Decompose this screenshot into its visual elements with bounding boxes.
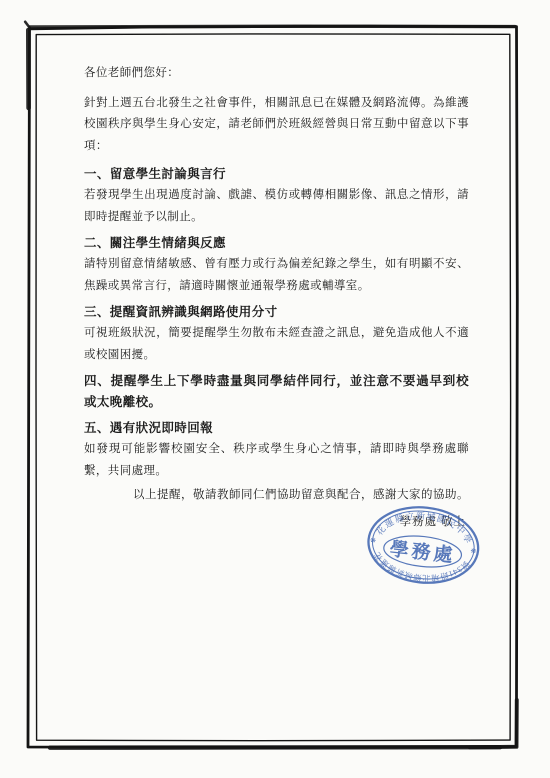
section-2-heading: 二、關注學生情緒與反應: [84, 233, 469, 254]
section-1-body: 若發現學生出現過度討論、戲謔、模仿或轉傳相關影像、訊息之情形，請即時提醒並予以制…: [84, 185, 469, 228]
section-4-heading: 四、提醒學生上下學時盡量與同學結伴同行，並注意不要過早到校或太晚離校。: [84, 371, 469, 413]
seal-school-name: 花蓮縣立新城國民中學: [373, 505, 477, 547]
section-1-heading: 一、留意學生討論與言行: [84, 164, 469, 185]
seal-flower-left-icon: ❋: [370, 536, 377, 545]
office-seal-stamp: 花蓮縣立新城國民中學 花蓮縣新城鄉北埔路143號 學務處 ❋ ❋: [352, 490, 494, 605]
svg-text:花蓮縣立新城國民中學: 花蓮縣立新城國民中學: [373, 505, 477, 547]
intro-paragraph: 針對上週五台北發生之社會事件，相關訊息已在媒體及網路流傳。為維護校園秩序與學生身…: [84, 93, 469, 158]
section-3-body: 可視班級狀況，簡要提醒學生勿散布未經查證之訊息，避免造成他人不適或校園困擾。: [84, 323, 469, 366]
seal-flower-right-icon: ❋: [470, 547, 477, 556]
section-2-body: 請特別留意情緒敏感、曾有壓力或行為偏差紀錄之學生，如有明顯不安、焦躁或異常言行，…: [84, 254, 469, 297]
section-5-heading: 五、遇有狀況即時回報: [84, 418, 469, 439]
section-3-heading: 三、提醒資訊辨識與網路使用分寸: [84, 302, 469, 323]
letter-body: 各位老師們您好： 針對上週五台北發生之社會事件，相關訊息已在媒體及網路流傳。為維…: [84, 63, 469, 533]
greeting: 各位老師們您好：: [84, 63, 469, 85]
section-5-body: 如發現可能影響校園安全、秩序或學生身心之情事，請即時與學務處聯繫，共同處理。: [84, 439, 469, 482]
